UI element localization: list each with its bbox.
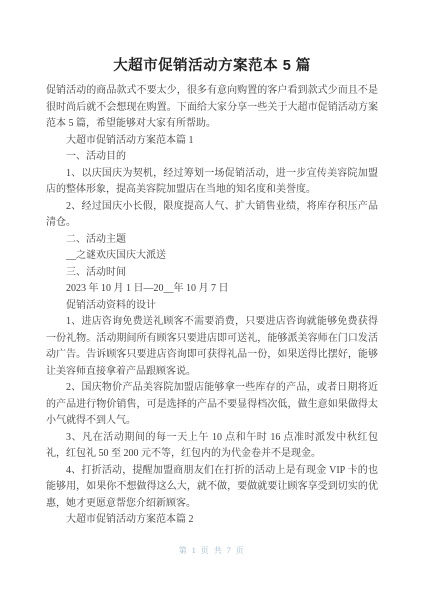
- date-line: 2023 年 10 月 1 日—20__年 10 月 7 日: [46, 281, 378, 298]
- document-content: 大超市促销活动方案范本 5 篇 促销活动的商品款式不要太少，很多有意向购置的客户…: [46, 56, 378, 529]
- body-paragraph: 1、以庆国庆为契机，经过筹划一场促销活动，进一步宣传美容院加盟店的整体形象，提高…: [46, 166, 378, 199]
- design-heading: 促销活动资料的设计: [46, 298, 378, 315]
- doc-subtitle-part-1: 大超市促销活动方案范本篇 1: [46, 133, 378, 150]
- body-paragraph: 3、凡在活动期间的每一天上午 10 点和午时 16 点准时派发中秋红包礼，红包礼…: [46, 430, 378, 463]
- body-paragraph: 4、打折活动，提醒加盟商朋友们在打折的活动上是有现金 VIP 卡的也能够用，如果…: [46, 463, 378, 513]
- intro-paragraph: 促销活动的商品款式不要太少，很多有意向购置的客户看到款式少而且不是很时尚后就不会…: [46, 83, 378, 133]
- section-heading-theme: 二、活动主题: [46, 232, 378, 249]
- body-paragraph: 1、进店咨询免费送礼顾客不需要消费，只要进店咨询就能够免费获得一份礼物。活动期间…: [46, 314, 378, 380]
- body-paragraph: 2、经过国庆小长假，限度提高人气、扩大销售业绩，将库存积压产品清仓。: [46, 199, 378, 232]
- page-title: 大超市促销活动方案范本 5 篇: [46, 56, 378, 76]
- page-footer: 第 1 页 共 7 页: [0, 546, 424, 556]
- section-heading-purpose: 一、活动目的: [46, 149, 378, 166]
- theme-line: __之谜欢庆国庆大派送: [46, 248, 378, 265]
- section-heading-time: 三、活动时间: [46, 265, 378, 282]
- body-paragraph: 2、国庆物价产品美容院加盟店能够拿一些库存的产品，或者日期将近的产品进行物价销售…: [46, 380, 378, 430]
- doc-subtitle-part-2: 大超市促销活动方案范本篇 2: [46, 512, 378, 529]
- document-viewer: 大超市促销活动方案范本 5 篇 促销活动的商品款式不要太少，很多有意向购置的客户…: [0, 0, 424, 600]
- page-number-label: 第 1 页 共 7 页: [179, 546, 246, 555]
- document-page: 大超市促销活动方案范本 5 篇 促销活动的商品款式不要太少，很多有意向购置的客户…: [0, 0, 424, 600]
